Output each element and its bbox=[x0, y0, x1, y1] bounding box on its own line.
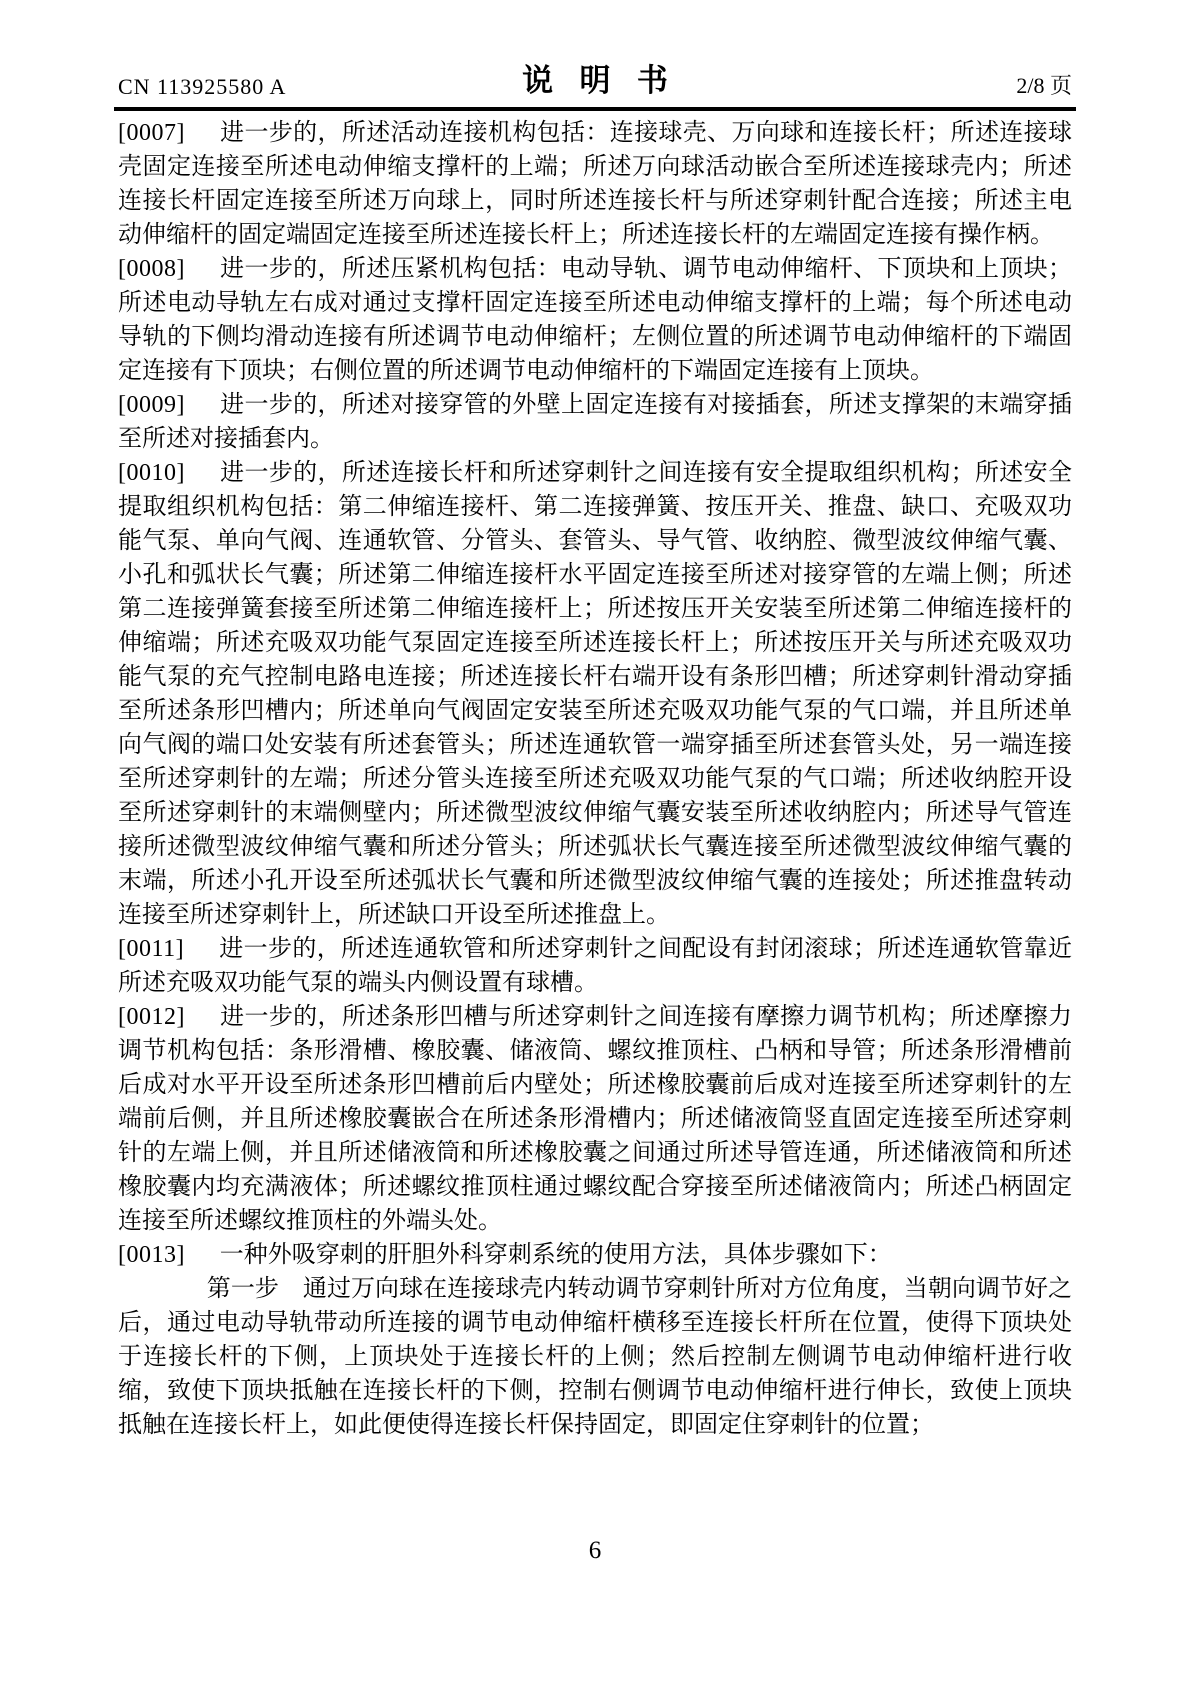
page-header: CN 113925580 A 说明书 2/8 页 bbox=[118, 66, 1072, 100]
paragraph-number: [0012] bbox=[118, 1000, 185, 1034]
paragraph-0013: [0013]一种外吸穿刺的肝胆外科穿刺系统的使用方法，具体步骤如下： bbox=[118, 1238, 1072, 1272]
document-number: CN 113925580 A bbox=[118, 74, 286, 100]
paragraph-number: [0007] bbox=[118, 116, 185, 150]
paragraph-number: [0008] bbox=[118, 252, 185, 286]
paragraph-0010: [0010]进一步的，所述连接长杆和所述穿刺针之间连接有安全提取组织机构；所述安… bbox=[118, 456, 1072, 932]
page-number: 6 bbox=[0, 1537, 1190, 1565]
paragraph-text: 进一步的，所述连通软管和所述穿刺针之间配设有封闭滚球；所述连通软管靠近所述充吸双… bbox=[118, 936, 1072, 996]
paragraph-text: 进一步的，所述活动连接机构包括：连接球壳、万向球和连接长杆；所述连接球壳固定连接… bbox=[118, 120, 1072, 248]
paragraph-0007: [0007]进一步的，所述活动连接机构包括：连接球壳、万向球和连接长杆；所述连接… bbox=[118, 116, 1072, 252]
paragraph-number: [0013] bbox=[118, 1238, 185, 1272]
page-indicator: 2/8 页 bbox=[1016, 69, 1072, 100]
paragraph-number: [0011] bbox=[118, 932, 184, 966]
paragraph-0011: [0011]进一步的，所述连通软管和所述穿刺针之间配设有封闭滚球；所述连通软管靠… bbox=[118, 932, 1072, 1000]
paragraph-text: 进一步的，所述连接长杆和所述穿刺针之间连接有安全提取组织机构；所述安全提取组织机… bbox=[118, 460, 1072, 928]
specification-body: [0007]进一步的，所述活动连接机构包括：连接球壳、万向球和连接长杆；所述连接… bbox=[118, 116, 1072, 1442]
paragraph-text: 一种外吸穿刺的肝胆外科穿刺系统的使用方法，具体步骤如下： bbox=[220, 1242, 892, 1268]
paragraph-text: 进一步的，所述压紧机构包括：电动导轨、调节电动伸缩杆、下顶块和上顶块；所述电动导… bbox=[118, 256, 1072, 384]
paragraph-text: 第一步 通过万向球在连接球壳内转动调节穿刺针所对方位角度，当朝向调节好之后，通过… bbox=[118, 1276, 1072, 1438]
header-divider bbox=[114, 107, 1076, 111]
paragraph-0008: [0008]进一步的，所述压紧机构包括：电动导轨、调节电动伸缩杆、下顶块和上顶块… bbox=[118, 252, 1072, 388]
paragraph-step-1: 第一步 通过万向球在连接球壳内转动调节穿刺针所对方位角度，当朝向调节好之后，通过… bbox=[118, 1272, 1072, 1442]
paragraph-0009: [0009]进一步的，所述对接穿管的外壁上固定连接有对接插套，所述支撑架的末端穿… bbox=[118, 388, 1072, 456]
paragraph-number: [0010] bbox=[118, 456, 185, 490]
patent-specification-page: CN 113925580 A 说明书 2/8 页 [0007]进一步的，所述活动… bbox=[0, 0, 1190, 1684]
paragraph-text: 进一步的，所述条形凹槽与所述穿刺针之间连接有摩擦力调节机构；所述摩擦力调节机构包… bbox=[118, 1004, 1072, 1234]
paragraph-0012: [0012]进一步的，所述条形凹槽与所述穿刺针之间连接有摩擦力调节机构；所述摩擦… bbox=[118, 1000, 1072, 1238]
paragraph-number: [0009] bbox=[118, 388, 185, 422]
paragraph-text: 进一步的，所述对接穿管的外壁上固定连接有对接插套，所述支撑架的末端穿插至所述对接… bbox=[118, 392, 1072, 452]
